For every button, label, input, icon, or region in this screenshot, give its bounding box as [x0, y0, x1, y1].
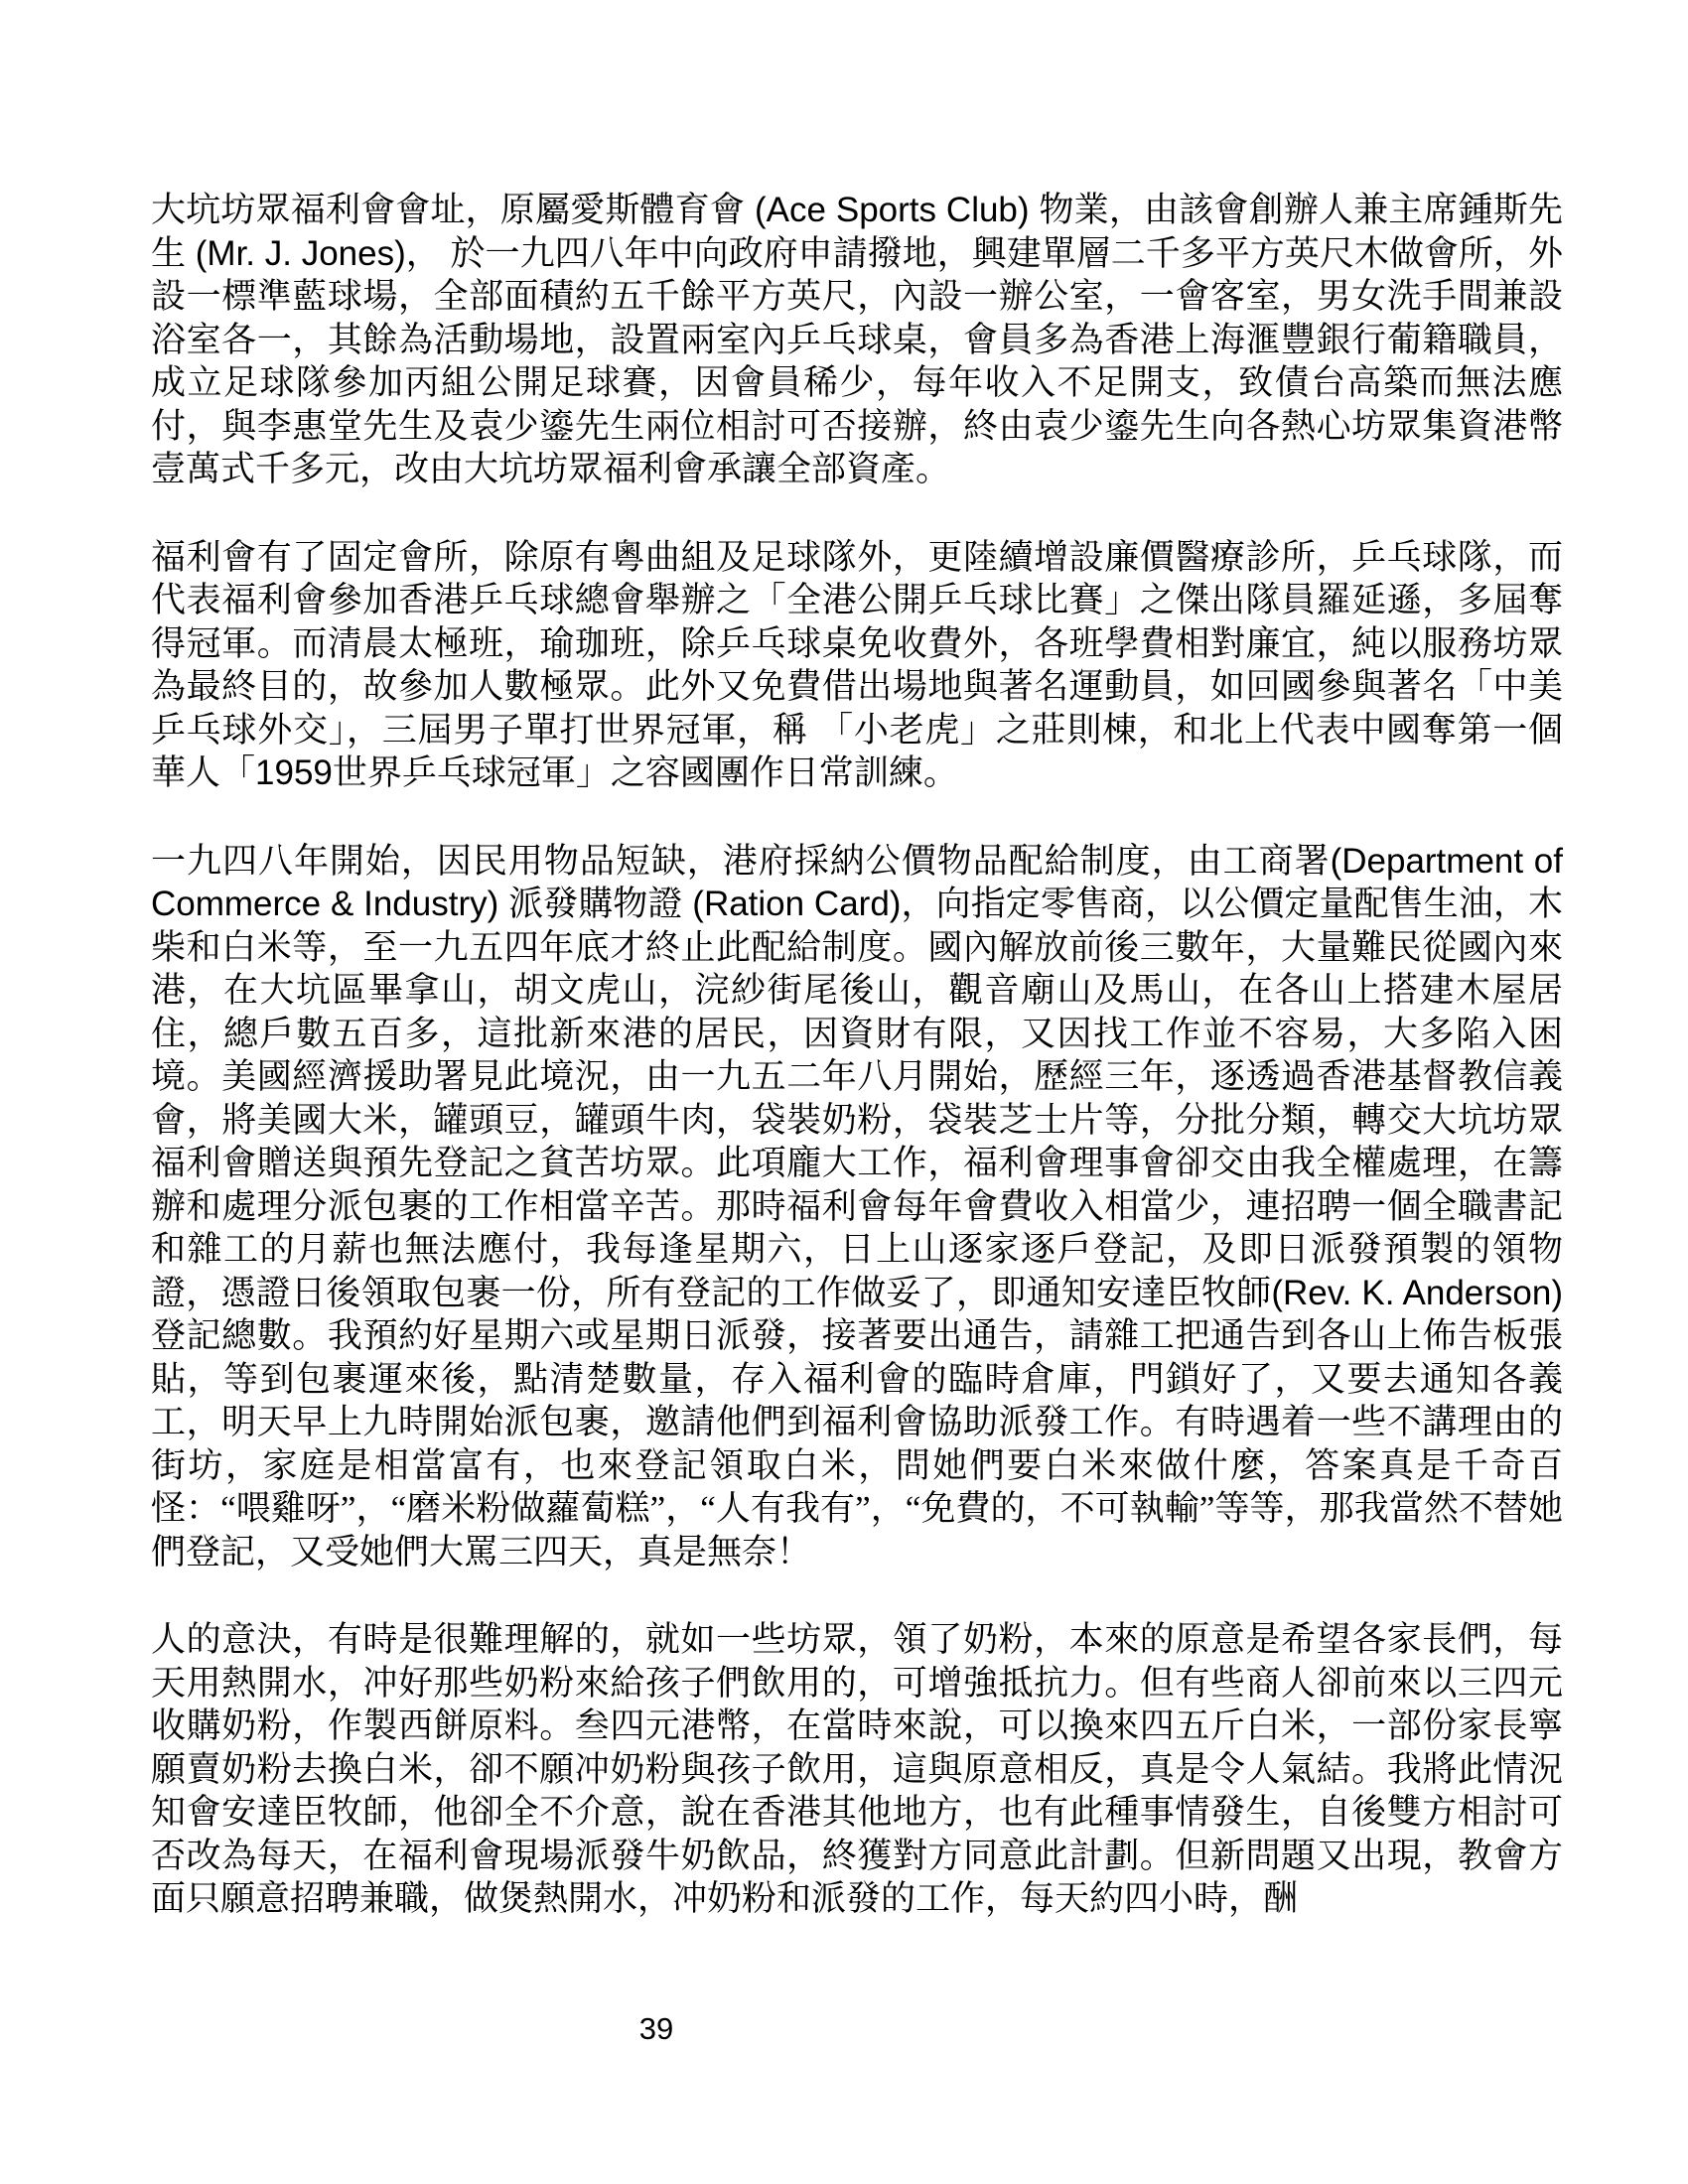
paragraph-4: 人的意決，有時是很難理解的，就如一些坊眾，領了奶粉，本來的原意是希望各家長們，每… — [151, 1618, 1563, 1921]
paragraph-1: 大坑坊眾福利會會址，原屬愛斯體育會 (Ace Sports Club) 物業，由… — [151, 189, 1563, 491]
latin-text — [441, 234, 451, 273]
latin-text — [808, 711, 818, 750]
paragraph-3: 一九四八年開始，因民用物品短缺，港府採納公價物品配給制度，由工商署(Depart… — [151, 840, 1563, 1574]
page-number: 39 — [596, 2011, 717, 2047]
latin-text: (Ration Card) — [682, 885, 901, 923]
latin-text: 1959 — [255, 753, 333, 792]
latin-text: (Rev. K. Anderson) — [1271, 1274, 1563, 1312]
document-page: 大坑坊眾福利會會址，原屬愛斯體育會 (Ace Sports Club) 物業，由… — [0, 0, 1688, 2184]
paragraph-2: 福利會有了固定會所，除原有粵曲組及足球隊外，更陸續增設廉價醫療診所，乒乓球隊，而… — [151, 536, 1563, 795]
latin-text: (Mr. J. Jones) — [186, 234, 406, 273]
latin-text: (Ace Sports Club) — [745, 191, 1039, 229]
text-block: 大坑坊眾福利會會址，原屬愛斯體育會 (Ace Sports Club) 物業，由… — [151, 189, 1563, 1921]
